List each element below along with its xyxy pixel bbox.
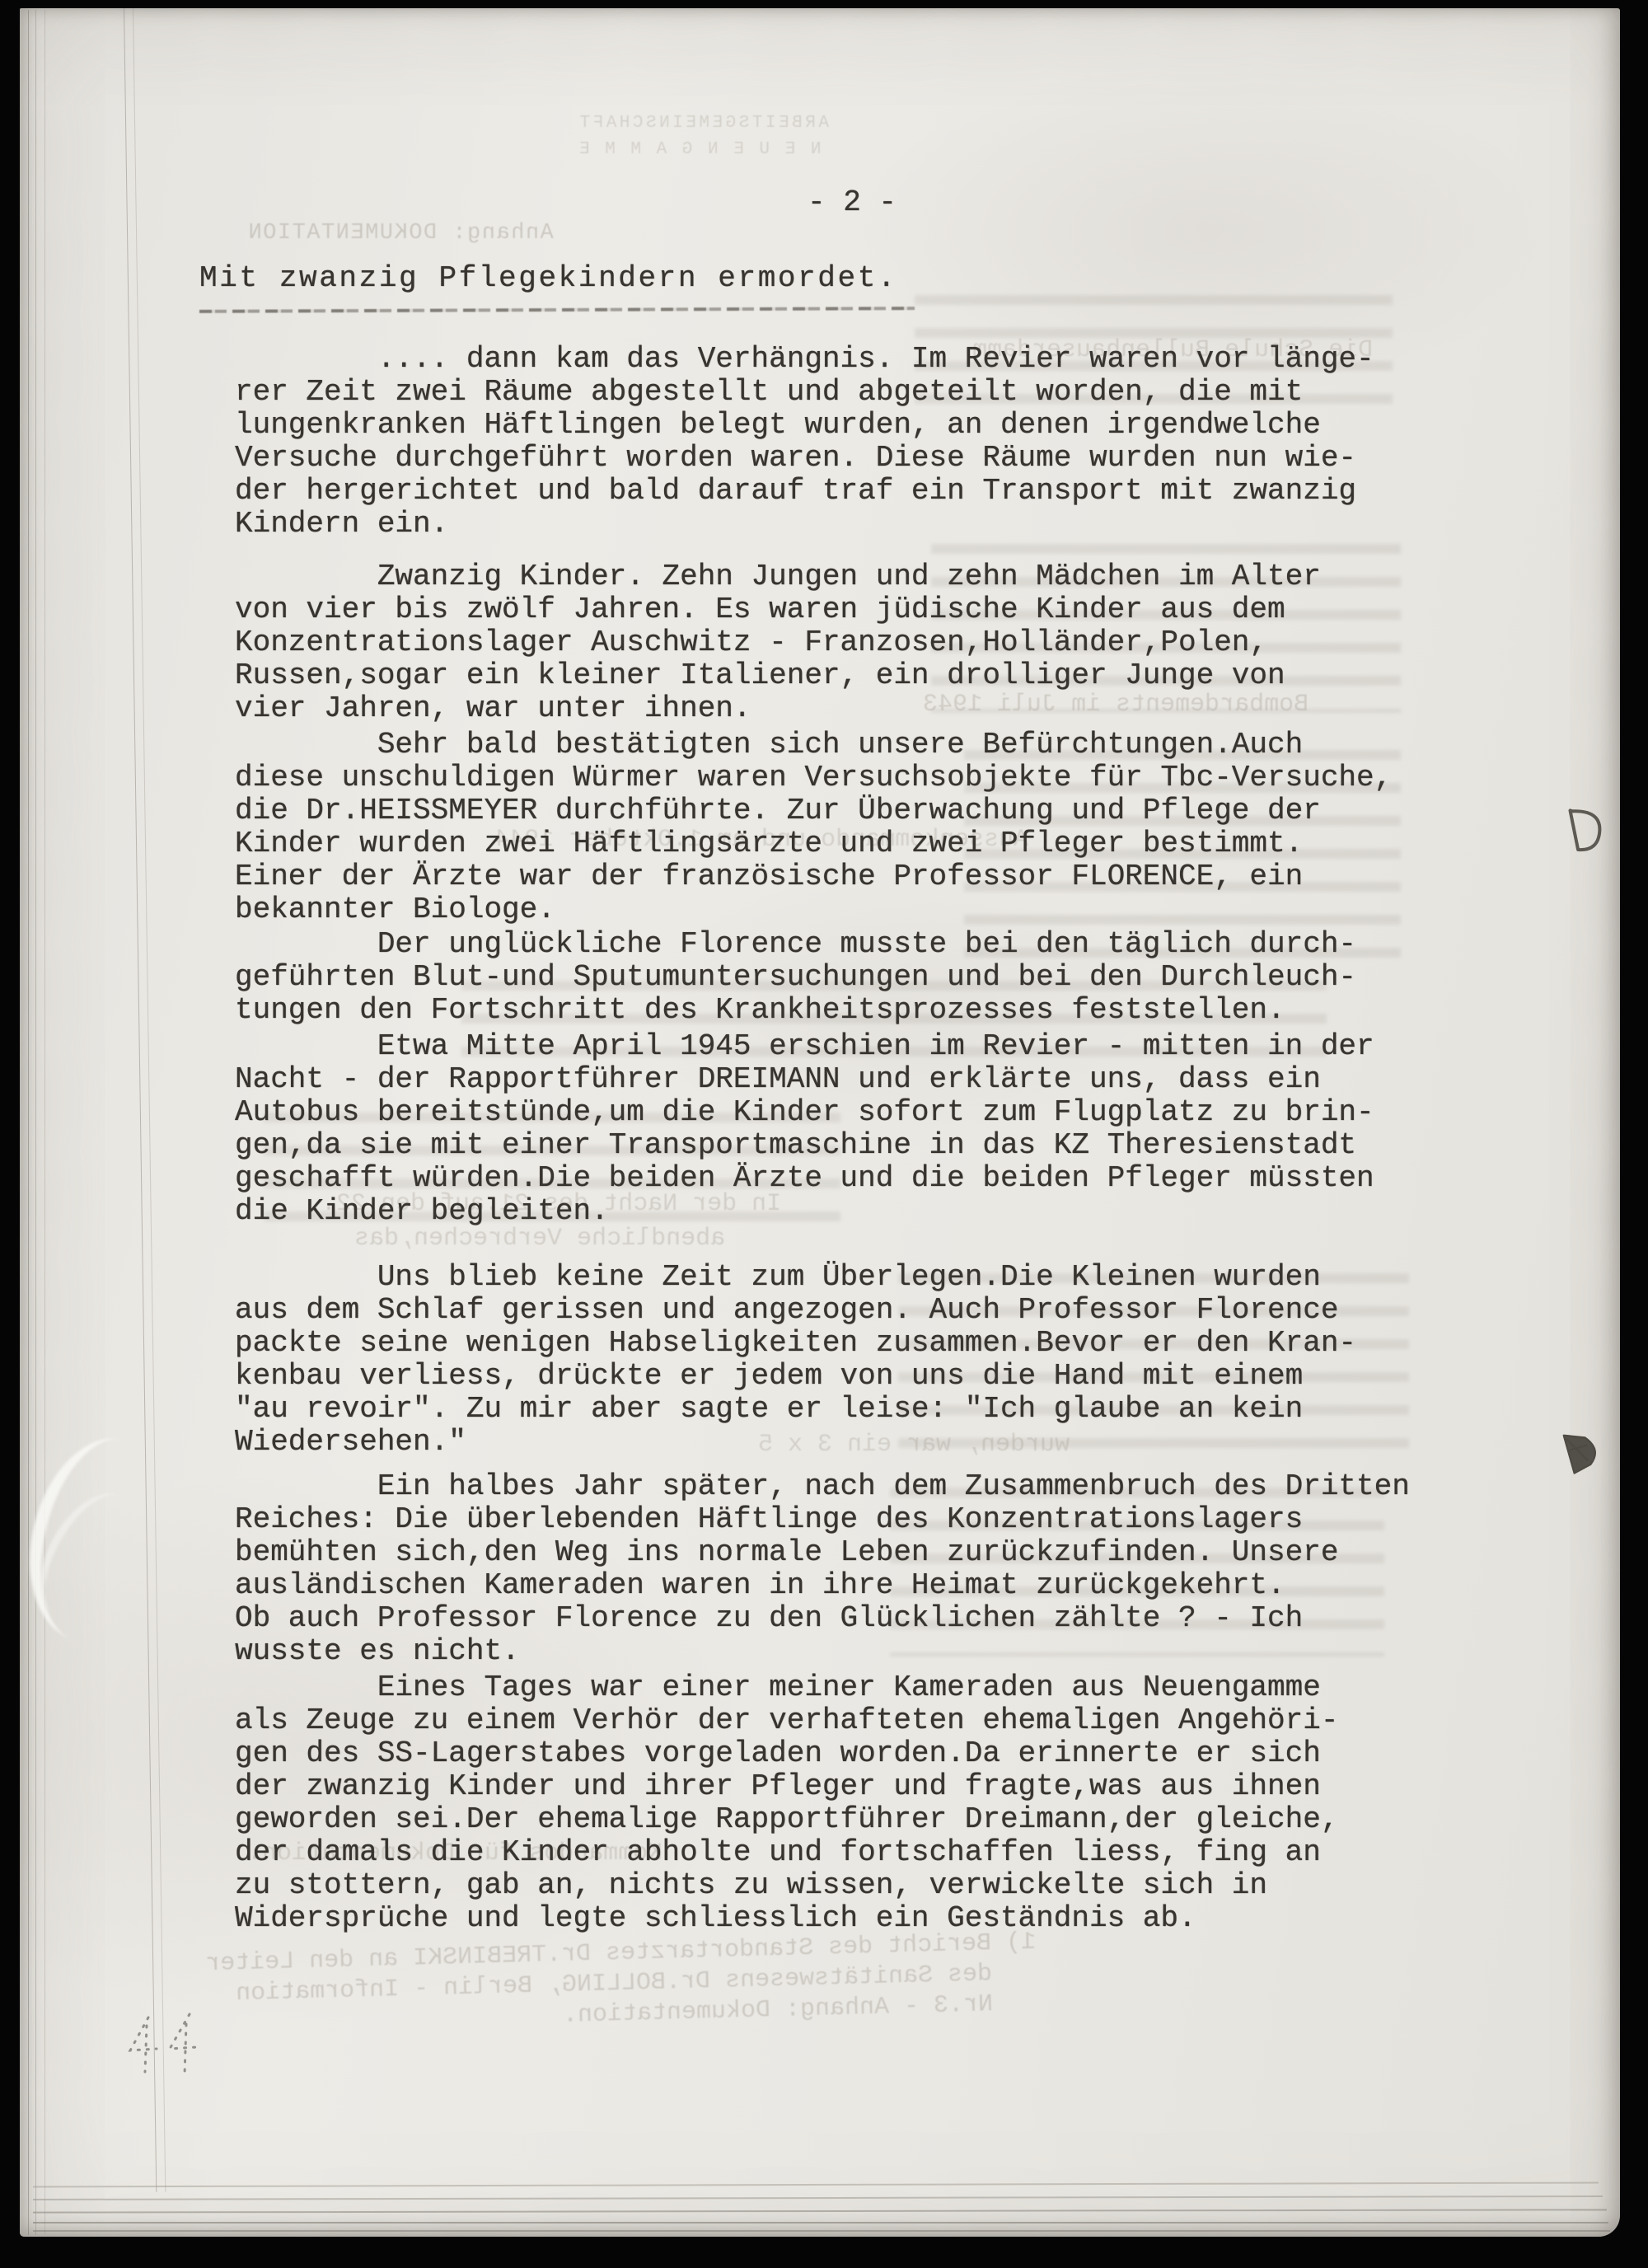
margin-mark-d-bottom-icon	[1555, 1422, 1606, 1480]
page-stack-edge	[44, 10, 45, 2235]
page-stack-edge-bottom	[33, 2209, 1607, 2213]
page-stack-edge-bottom	[33, 2230, 1610, 2232]
title-underline	[199, 307, 915, 313]
page-stack-edge	[35, 10, 36, 2235]
bleedthrough-annex-note: Anhang: DOKUMENTATION	[247, 221, 554, 246]
margin-mark-d-top-icon	[1563, 802, 1606, 858]
document-title: Mit zwanzig Pflegekindern ermordet.	[199, 262, 897, 295]
bleedthrough-fragment: abendliche Verbrechen,das	[354, 1225, 725, 1253]
page-stack-edge-bottom	[33, 2182, 1599, 2188]
pencil-mark-44-icon	[110, 2003, 218, 2102]
paragraph-6: Uns blieb keine Zeit zum Überlegen.Die K…	[235, 1261, 1356, 1459]
photograph-background: ARBEITSGEMEINSCHAFT N E U E N G A M M E …	[0, 0, 1648, 2268]
document-page: ARBEITSGEMEINSCHAFT N E U E N G A M M E …	[20, 8, 1620, 2237]
page-stack-edge-bottom	[33, 2222, 1608, 2223]
bleedthrough-org-line2: N E U E N G A M M E	[577, 140, 821, 159]
paragraph-2: Zwanzig Kinder. Zehn Jungen und zehn Mäd…	[235, 560, 1321, 725]
paragraph-1: .... dann kam das Verhängnis. Im Revier …	[235, 343, 1374, 541]
paragraph-7: Ein halbes Jahr später, nach dem Zusamme…	[235, 1470, 1410, 1668]
paragraph-5: Etwa Mitte April 1945 erschien im Revier…	[235, 1030, 1374, 1228]
bleedthrough-org-line1: ARBEITSGEMEINSCHAFT	[577, 114, 829, 133]
paragraph-8: Eines Tages war einer meiner Kameraden a…	[235, 1671, 1338, 1935]
top-sheet-edge	[133, 8, 166, 2192]
plastic-clip	[10, 1423, 167, 1650]
top-sheet-edge	[124, 8, 157, 2192]
paragraph-3: Sehr bald bestätigten sich unsere Befürc…	[235, 729, 1392, 926]
paragraph-4: Der unglückliche Florence musste bei den…	[235, 928, 1356, 1027]
page-number: - 2 -	[808, 186, 897, 219]
plastic-clip-highlight	[21, 1477, 157, 1633]
page-stack-edge-bottom	[33, 2195, 1603, 2200]
bleedthrough-footnote: 1) Bericht des Standortarztes Dr.TREBINS…	[205, 1928, 1038, 2041]
page-stack-edge	[28, 10, 29, 2235]
